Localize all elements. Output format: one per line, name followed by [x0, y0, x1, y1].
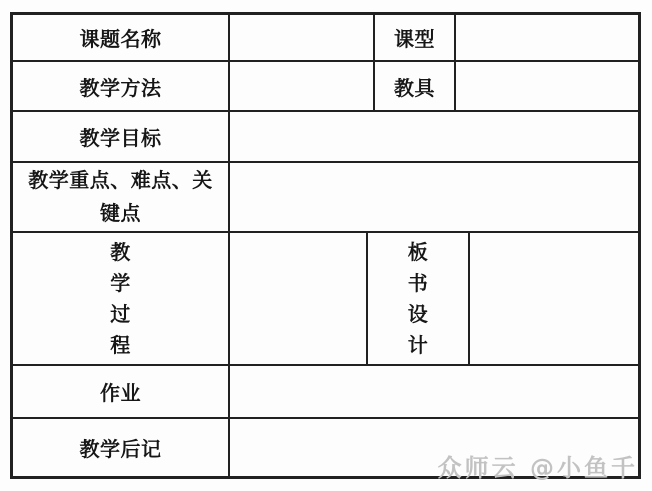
- topic-name-value-cell: [228, 15, 373, 60]
- table-row-teaching-objectives: 教学目标: [13, 110, 638, 161]
- topic-name-label: 课题名称: [13, 15, 228, 60]
- teaching-objectives-value-cell: [228, 112, 638, 161]
- lesson-type-label: 课型: [373, 15, 454, 60]
- lesson-plan-table: 课题名称 课型 教学方法 教具 教学目标 教学重点、难点、关键点 教学过程 板书: [10, 12, 641, 479]
- teaching-objectives-label: 教学目标: [13, 112, 228, 161]
- homework-label: 作业: [13, 366, 228, 417]
- board-design-label-text: 板书设计: [407, 237, 429, 361]
- teaching-aids-value-cell: [454, 62, 638, 110]
- key-points-value-cell: [228, 163, 638, 231]
- teaching-process-value-cell: [228, 233, 366, 364]
- table-row-homework: 作业: [13, 364, 638, 417]
- teaching-aids-label: 教具: [373, 62, 454, 110]
- teaching-method-label: 教学方法: [13, 62, 228, 110]
- table-row-topic-name: 课题名称 课型: [13, 15, 638, 60]
- table-row-key-points: 教学重点、难点、关键点: [13, 161, 638, 231]
- scanned-lesson-plan-page: 课题名称 课型 教学方法 教具 教学目标 教学重点、难点、关键点 教学过程 板书: [0, 0, 652, 491]
- table-row-teaching-process: 教学过程 板书设计: [13, 231, 638, 364]
- board-design-value-cell: [468, 233, 638, 364]
- teaching-process-label-text: 教学过程: [110, 237, 132, 361]
- teaching-method-value-cell: [228, 62, 373, 110]
- watermark: 众师云 @小鱼千: [438, 448, 638, 483]
- table-row-teaching-method: 教学方法 教具: [13, 60, 638, 110]
- lesson-type-value-cell: [454, 15, 638, 60]
- board-design-label: 板书设计: [366, 233, 468, 364]
- key-points-label: 教学重点、难点、关键点: [13, 163, 228, 231]
- teaching-postscript-label: 教学后记: [13, 419, 228, 476]
- homework-value-cell: [228, 366, 638, 417]
- teaching-process-label: 教学过程: [13, 233, 228, 364]
